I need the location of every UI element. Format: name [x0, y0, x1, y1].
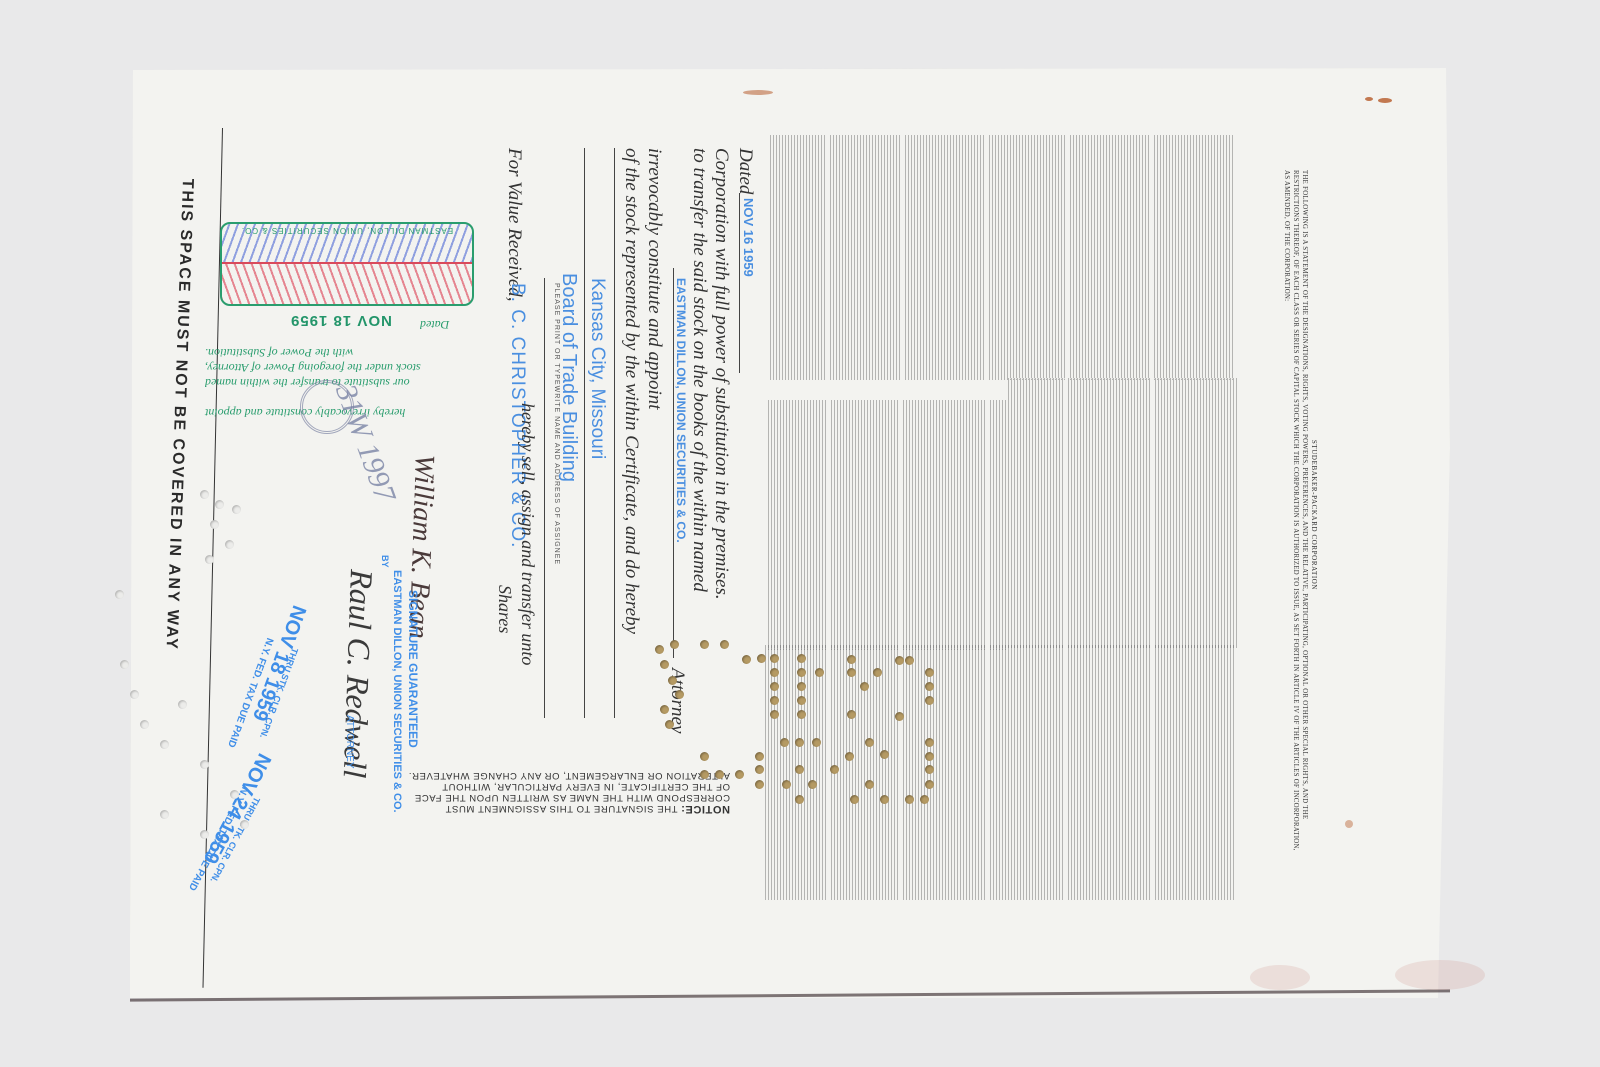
statement-header: STUDEBAKER-PACKARD CORPORATION THE FOLLO…	[1282, 170, 1318, 860]
dated-value: NOV 16 1959	[741, 198, 756, 277]
attorney-name: EASTMAN DILLON, UNION SECURITIES & CO.	[674, 278, 688, 543]
signature-guaranteed-title: SIGNATURE GUARANTEED	[406, 590, 420, 748]
column-gap	[900, 135, 903, 905]
transfer-text: to transfer the said stock on the books …	[688, 148, 710, 592]
statement-text-block-middle-left	[768, 400, 1008, 650]
signature-notice: NOTICE: THE SIGNATURE TO THIS ASSIGNMENT…	[400, 770, 730, 814]
attorney-signature: Raul C. Redwell	[336, 569, 380, 779]
column-gap	[826, 135, 829, 905]
rust-spot	[743, 90, 773, 95]
dated-label: Dated	[734, 148, 756, 194]
assignee-address-1: Board of Trade Building	[557, 273, 580, 482]
for-value-received: For Value Received,	[503, 148, 525, 302]
statement-intro: THE FOLLOWING IS A STATEMENT OF THE DESI…	[1283, 170, 1308, 851]
green-stamp-firm: EASTMAN DILLON, UNION SECURITIES & CO.	[222, 226, 472, 235]
rust-spot	[1345, 820, 1353, 828]
shares-text: of the stock represented by the within C…	[620, 148, 642, 634]
green-stamp-date: NOV 18 1959	[290, 312, 392, 329]
water-stain	[1395, 960, 1485, 990]
signature-guaranteed-by: BY	[380, 555, 390, 568]
corporation-text: Corporation with full power of substitut…	[710, 148, 732, 600]
statement-text-block-top	[770, 135, 1235, 380]
green-stamp-line4: with the Power of Substitution.	[205, 345, 353, 360]
rust-spot	[1365, 97, 1373, 101]
column-gap	[1065, 135, 1068, 905]
column-gap	[985, 135, 988, 905]
signature-guaranteed-firm: EASTMAN DILLON, UNION SECURITIES & CO.	[391, 570, 403, 813]
hereby-sells: hereby sell, assign and transfer unto	[517, 403, 538, 665]
shares-label: Shares	[494, 585, 515, 633]
notice-label: NOTICE:	[681, 803, 730, 815]
statement-text-block-middle-right	[1008, 378, 1238, 648]
signature-guaranteed-role: ATTORNEY	[344, 715, 355, 769]
assignee-address-2: Kansas City, Missouri	[586, 278, 608, 459]
green-stamp-line3: stock under the foregoing Power of Attor…	[205, 360, 421, 375]
corporation-name: STUDEBAKER-PACKARD CORPORATION	[1309, 170, 1318, 860]
rust-spot	[1378, 98, 1392, 103]
green-dated-label: Dated	[420, 317, 449, 332]
green-guarantee-stamp: EASTMAN DILLON, UNION SECURITIES & CO.	[220, 222, 474, 306]
irrevocably-text: irrevocably constitute and appoint	[643, 148, 665, 410]
column-gap	[1150, 135, 1153, 905]
assignment-form: For Value Received, B. C. CHRISTOPHER & …	[490, 148, 750, 728]
water-stain	[1250, 965, 1310, 990]
